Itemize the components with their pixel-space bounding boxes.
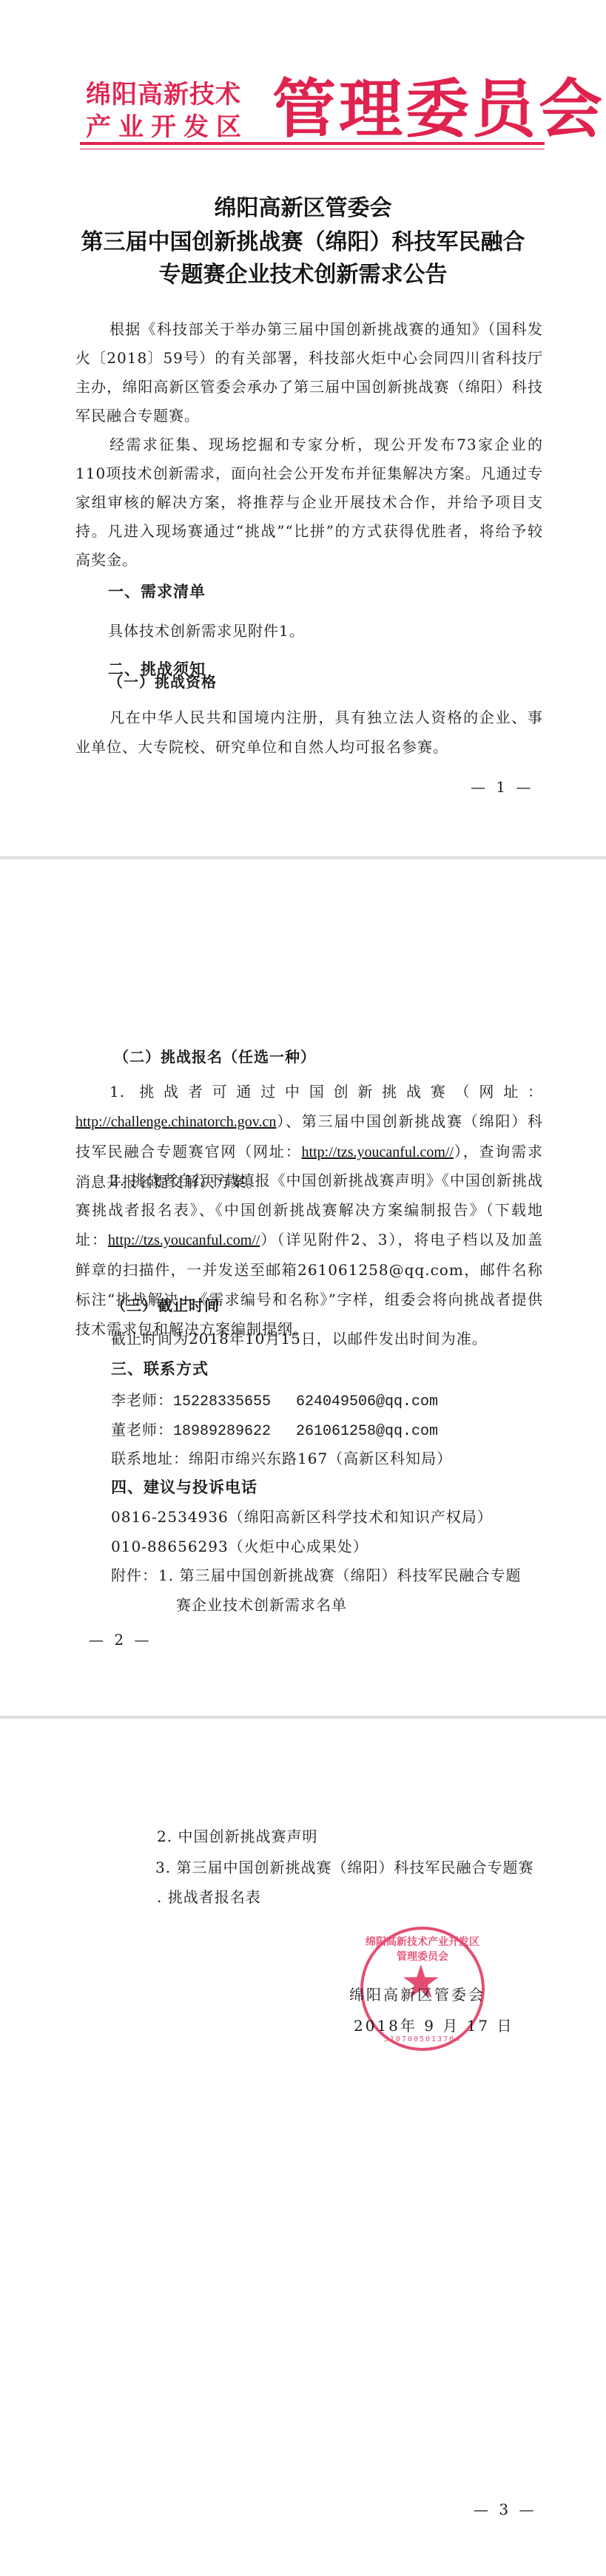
- page-1: 绵阳高新技术 产业开发区 管理委员会 绵阳高新区管委会 第三届中国创新挑战赛（绵…: [0, 0, 606, 856]
- letterhead-line-2: 产业开发区: [86, 112, 249, 142]
- contact-dong-email[interactable]: 261061258@qq.com: [296, 1423, 438, 1440]
- sub-1-text: 凡在中华人民共和国境内注册，具有独立法人资格的企业、事业单位、大专院校、研究单位…: [75, 703, 543, 762]
- page-number-2: — 2 —: [89, 1631, 152, 1649]
- contact-dong: 董老师：18989289622261061258@qq.com: [111, 1419, 438, 1443]
- page-3: 2. 中国创新挑战赛声明 3. 第三届中国创新挑战赛（绵阳）科技军民融合专题赛 …: [0, 1719, 606, 2576]
- signer-name: 绵阳高新区管委会: [349, 1984, 485, 2006]
- letterhead-rule-thick: [80, 142, 545, 145]
- attachment-1-line-1: 1. 第三届中国创新挑战赛（绵阳）科技军民融合专题: [158, 1564, 521, 1586]
- page-number-3: — 3 —: [474, 2501, 536, 2518]
- letterhead-rule-thin: [80, 149, 545, 149]
- section-1-text: 具体技术创新需求见附件1。: [108, 620, 305, 642]
- sub-2-heading: （二）挑战报名（任选一种）: [114, 1046, 316, 1068]
- deadline-text: 截止时间为2018年10月15日，以邮件发出时间为准。: [111, 1328, 488, 1350]
- complaint-line-2: 010-88656293（火炬中心成果处）: [111, 1535, 368, 1558]
- sub-3-heading: （三）截止时间: [111, 1294, 220, 1316]
- challenge-site-link[interactable]: http://challenge.chinatorch.gov.cn: [75, 1114, 276, 1130]
- doc-title-line-3: 专题赛企业技术创新需求公告: [0, 253, 606, 297]
- page-number-1: — 1 —: [471, 778, 533, 796]
- letterhead-title: 管理委员会: [272, 72, 605, 146]
- item-1-prefix: 1. 挑战者可通过中国创新挑战赛（网址：: [110, 1083, 543, 1101]
- contact-address: 联系地址：绵阳市绵兴东路167（高新区科知局）: [111, 1447, 452, 1470]
- attachment-1-line-2: 赛企业技术创新需求名单: [176, 1594, 347, 1616]
- tzs-site-link[interactable]: http://tzs.youcanful.com//: [302, 1144, 454, 1160]
- page-2: （二）挑战报名（任选一种） 1. 挑战者可通过中国创新挑战赛（网址：http:/…: [0, 859, 606, 1716]
- attachment-2: 2. 中国创新挑战赛声明: [157, 1825, 317, 1848]
- attachment-3-line-1: 3. 第三届中国创新挑战赛（绵阳）科技军民融合专题赛: [155, 1856, 533, 1879]
- section-4-heading: 四、建议与投诉电话: [111, 1476, 257, 1498]
- download-link[interactable]: http://tzs.youcanful.com//: [108, 1232, 260, 1248]
- contact-dong-name: 董老师：: [111, 1421, 173, 1439]
- contact-li-name: 李老师：: [111, 1391, 173, 1409]
- letterhead-line-1: 绵阳高新技术: [86, 80, 241, 109]
- registration-item-2: 2. 挑战者自行下载填报《中国创新挑战赛声明》《中国创新挑战赛挑战者报名表》、《…: [75, 1166, 543, 1344]
- contact-li: 李老师：15228335655624049506@qq.com: [111, 1389, 438, 1413]
- complaint-line-1: 0816-2534936（绵阳高新区科学技术和知识产权局）: [111, 1506, 493, 1528]
- section-1-heading: 一、需求清单: [108, 581, 206, 603]
- signed-date: 2018年 9 月 17 日: [354, 2015, 514, 2037]
- intro-paragraph-1: 根据《科技部关于举办第三届中国创新挑战赛的通知》（国科发火〔2018〕59号）的…: [75, 315, 543, 430]
- attachment-3-line-2: . 挑战者报名表: [157, 1886, 261, 1908]
- sub-1-heading: （一）挑战资格: [108, 671, 217, 693]
- contact-dong-phone: 18989289622: [173, 1423, 271, 1440]
- section-3-heading: 三、联系方式: [111, 1358, 209, 1380]
- attachments-label: 附件：: [111, 1564, 158, 1586]
- contact-li-phone: 15228335655: [173, 1393, 271, 1410]
- intro-paragraph-2: 经需求征集、现场挖掘和专家分析，现公开发布73家企业的110项技术创新需求，面向…: [75, 430, 543, 575]
- contact-li-email[interactable]: 624049506@qq.com: [296, 1393, 438, 1410]
